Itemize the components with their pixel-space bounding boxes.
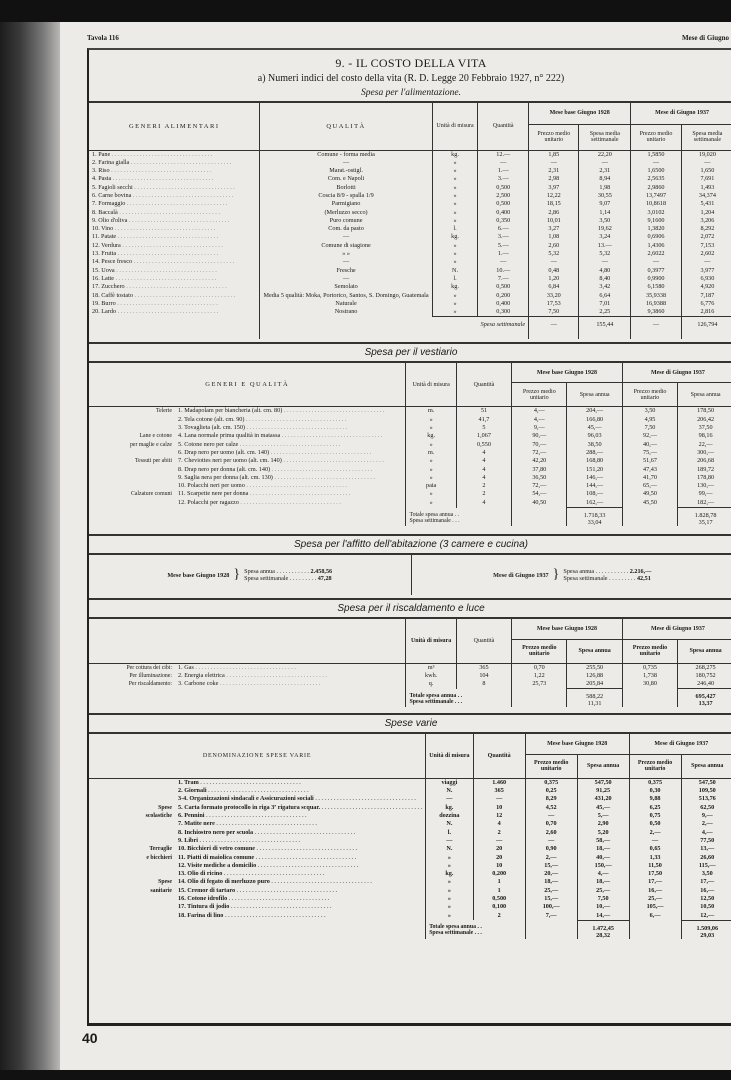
price-1928: 15,— — [525, 895, 577, 903]
item-quantity: 0,200 — [478, 292, 529, 300]
spend-1937: 1,493 — [681, 184, 731, 192]
item-quantity: 0,500 — [478, 200, 529, 208]
table-row: 12. Visite mediche a domicilio»1015,—150… — [89, 862, 731, 870]
item-unit: » — [432, 184, 478, 192]
spend-1928: 18,— — [577, 845, 629, 853]
col-base-1928: Mese base Giugno 1928 — [529, 102, 631, 124]
item-unit: kg. — [426, 804, 473, 812]
affitto-1937: Mese di Giugno 1937} Spesa annua . . . .… — [411, 555, 731, 595]
item-name: 7. Matite nere — [172, 820, 317, 827]
spend-1928: — — [579, 258, 631, 266]
spend-1928: 6,64 — [579, 292, 631, 300]
col-spesa-1928: Spesa annua — [577, 754, 629, 778]
section-title-vestiario: Spesa per il vestiario — [89, 342, 731, 363]
scan-bottom-edge — [0, 1070, 731, 1080]
total-labels: Totale spesa annua . .Spesa settimanale … — [406, 508, 512, 527]
table-row: 8. Inchiostro nero per scuolal.22,605,20… — [89, 829, 731, 837]
group-label: Spese — [92, 878, 172, 886]
col-prezzo-1928: Prezzo medio unitario — [525, 754, 577, 778]
price-1937: 0,3977 — [631, 267, 682, 275]
spend-1928: 7,01 — [579, 300, 631, 308]
item-name: 14. Pesce fresco — [89, 258, 260, 266]
spend-1928: 146,— — [567, 474, 622, 482]
item-name: 2. Giornali — [172, 787, 309, 794]
price-1937: 4,95 — [622, 416, 677, 424]
item-label: Per riscaldamento:3. Carbone coke — [89, 680, 406, 689]
price-1937: 11,50 — [629, 862, 681, 870]
spend-1928: 3,42 — [579, 283, 631, 291]
item-quantity: 51 — [456, 407, 511, 416]
item-quality: Fresche — [260, 267, 432, 275]
col-prezzo-1937: Prezzo medio unitario — [622, 639, 677, 663]
page-title: 9. - IL COSTO DELLA VITA — [89, 56, 731, 71]
spend-1937: 2,072 — [681, 233, 731, 241]
item-name: 17. Zucchero — [89, 283, 260, 291]
item-name: 11. Piatti di maiolica comune — [172, 854, 356, 861]
item-name: 13. Olio di ricino — [172, 870, 324, 877]
spend-1937: 246,40 — [678, 680, 731, 689]
item-unit: » — [426, 912, 473, 921]
item-quantity: 2,500 — [478, 192, 529, 200]
item-unit: » — [406, 466, 456, 474]
table-row: 6. Drap nero per uomo (alt. cm. 140)m.47… — [89, 449, 731, 457]
item-unit: » — [406, 424, 456, 432]
spend-1937: 77,50 — [681, 837, 731, 845]
page-number: 40 — [82, 1030, 98, 1046]
table-vestiario: GENERI E QUALITÀ Unità di misura Quantit… — [89, 363, 731, 526]
item-quantity: 2 — [456, 490, 511, 498]
page-subtitle: a) Numeri indici del costo della vita (R… — [89, 73, 731, 84]
price-1928: 0,25 — [525, 787, 577, 795]
item-unit: » — [432, 258, 478, 266]
item-name: 7. Formaggio — [89, 200, 260, 208]
table-frame: 9. - IL COSTO DELLA VITA a) Numeri indic… — [87, 48, 731, 1026]
spend-1928: 9,07 — [579, 200, 631, 208]
col-base-1928: Mese base Giugno 1928 — [525, 734, 629, 754]
spend-1937: 19,020 — [681, 150, 731, 159]
price-1937: 2,6022 — [631, 250, 682, 258]
item-quantity: — — [478, 159, 529, 167]
item-unit: viaggi — [426, 778, 473, 787]
price-1937: 0,65 — [629, 845, 681, 853]
price-1928: 17,53 — [529, 300, 579, 308]
spend-1937: 99,— — [678, 490, 731, 498]
spend-1928: 144,— — [567, 482, 622, 490]
spend-1928: 2,90 — [577, 820, 629, 828]
item-unit: » — [406, 499, 456, 508]
total-a28: 588,2211,31 — [567, 689, 622, 708]
spend-1937: 3,977 — [681, 267, 731, 275]
item-name: 6. Drap nero per uomo (alt. cm. 140) — [172, 449, 371, 456]
price-1937: 92,— — [622, 432, 677, 440]
total-labels: Totale spesa annua . .Spesa settimanale … — [426, 920, 526, 939]
table-row: 17. Tintura di jodio»0,100100,—10,—105,—… — [89, 903, 731, 911]
col-quantita: Quantità — [456, 619, 511, 663]
price-1928: 72,— — [512, 449, 567, 457]
item-unit: kg. — [426, 870, 473, 878]
item-quantity: 6.— — [478, 225, 529, 233]
item-label: 7. Matite nere — [89, 820, 426, 828]
table-row: 9. Saglia nera per donna (alt. cm. 130)»… — [89, 474, 731, 482]
price-1928: 15,— — [525, 862, 577, 870]
spend-1937: 1,650 — [681, 167, 731, 175]
spend-1937: 4,920 — [681, 283, 731, 291]
table-row: 2. GiornaliN.3650,2591,250,30109,50 — [89, 787, 731, 795]
item-unit: » — [426, 878, 473, 886]
group-label: Calzature comuni — [92, 490, 172, 498]
table-row: Per riscaldamento:3. Carbone cokeq.825,7… — [89, 680, 731, 689]
price-1928: 4,— — [512, 416, 567, 424]
item-quantity: 0,400 — [478, 209, 529, 217]
item-quantity: 1,067 — [456, 432, 511, 440]
price-1937: 1,738 — [622, 672, 677, 680]
price-1928: 10,01 — [529, 217, 579, 225]
col-spesa-1937: Spesa media settimanale — [681, 124, 731, 150]
item-label: e bicchieri11. Piatti di maiolica comune — [89, 854, 426, 862]
spend-1928: 40,— — [577, 854, 629, 862]
item-unit: m. — [406, 407, 456, 416]
item-quantity: 2 — [473, 912, 525, 921]
table-row: 16. Latte—l.7.—1,208,400,99006,930 — [89, 275, 731, 283]
price-1928: 5,32 — [529, 250, 579, 258]
spend-1937: 10,50 — [681, 903, 731, 911]
price-1937: 1,5850 — [631, 150, 682, 159]
item-unit: » — [432, 300, 478, 308]
spend-1928: 3,24 — [579, 233, 631, 241]
spend-1937: 16,— — [681, 887, 731, 895]
price-1937: 75,— — [622, 449, 677, 457]
item-quantity: 1 — [473, 878, 525, 886]
col-spesa-1928: Spesa annua — [567, 383, 622, 407]
item-quantity: 0,100 — [473, 903, 525, 911]
spend-1928: 150,— — [577, 862, 629, 870]
price-1937: 0,30 — [629, 787, 681, 795]
price-1928: 0,90 — [525, 845, 577, 853]
item-unit: — — [426, 795, 473, 803]
spend-1937: 178,80 — [678, 474, 731, 482]
table-row: 17. ZuccheroSemolatokg.0,5006,843,426,15… — [89, 283, 731, 291]
item-name: 3. Tovaglieta (alt. cm. 150) — [172, 424, 347, 431]
price-1937: 0,50 — [629, 820, 681, 828]
table-row: sanitarie15. Cremor di tartaro»125,—25,—… — [89, 887, 731, 895]
table-row: 2. Farina gialla—»————— — [89, 159, 731, 167]
price-1937: 65,— — [622, 482, 677, 490]
item-label: 16. Cotone idrofilo — [89, 895, 426, 903]
col-prezzo-1937: Prezzo medio unitario — [631, 124, 682, 150]
item-quantity: 1.— — [478, 250, 529, 258]
item-quantity: 0,500 — [478, 184, 529, 192]
spend-1937: 98,16 — [678, 432, 731, 440]
item-quality: Nostrano — [260, 308, 432, 317]
item-quantity: — — [473, 795, 525, 803]
section-title-alimentazione: Spesa per l'alimentazione. — [89, 88, 731, 98]
spend-1937: 8,292 — [681, 225, 731, 233]
item-unit: » — [406, 474, 456, 482]
item-quantity: 1.— — [478, 167, 529, 175]
section-title-varie: Spese varie — [89, 713, 731, 734]
spend-1928: 4,— — [577, 870, 629, 878]
col-prezzo-1937: Prezzo medio unitario — [629, 754, 681, 778]
price-1928: 37,80 — [512, 466, 567, 474]
col-prezzo-1928: Prezzo medio unitario — [512, 639, 567, 663]
item-unit: N. — [426, 845, 473, 853]
item-name: 18. Caffè tostato — [89, 292, 260, 300]
item-name: 5. Fagioli secchi — [89, 184, 260, 192]
price-1937: 1,3820 — [631, 225, 682, 233]
price-1937: 7,50 — [622, 424, 677, 432]
table-row: 19. BurroNaturale»0,40017,537,0116,93886… — [89, 300, 731, 308]
spend-1937: 4,— — [681, 829, 731, 837]
item-quantity: 20 — [473, 845, 525, 853]
group-label: e bicchieri — [92, 854, 172, 862]
price-1928: — — [529, 258, 579, 266]
item-unit: kg. — [432, 233, 478, 241]
price-1928: 20,— — [525, 870, 577, 878]
table-row: 9. Libri———58,——77,50 — [89, 837, 731, 845]
price-1937: 6,1580 — [631, 283, 682, 291]
price-1937: 51,67 — [622, 457, 677, 465]
table-row: 13. Frutta» »»1.—5,325,322,60222,602 — [89, 250, 731, 258]
price-1937: 17,— — [629, 878, 681, 886]
item-quality: » » — [260, 250, 432, 258]
item-unit: » — [426, 903, 473, 911]
spend-1937: 3,206 — [681, 217, 731, 225]
spend-1928: 5,20 — [577, 829, 629, 837]
item-unit: N. — [432, 267, 478, 275]
item-name: 3. Riso — [89, 167, 260, 175]
spend-1928: 2,25 — [579, 308, 631, 317]
item-name: 9. Libri — [172, 837, 300, 844]
item-label: 8. Drap nero per donna (alt. cm. 140) — [89, 466, 406, 474]
item-quantity: 10 — [473, 804, 525, 812]
price-1928: 42,20 — [512, 457, 567, 465]
col-spesa-1937: Spesa annua — [678, 383, 731, 407]
item-quality: Semolato — [260, 283, 432, 291]
spend-1937: 115,— — [681, 862, 731, 870]
table-row: 14. Pesce fresco—»————— — [89, 258, 731, 266]
item-quality: Comune - forma media — [260, 150, 432, 159]
item-name: 10. Vino — [89, 225, 260, 233]
table-riscaldamento: Unità di misura Quantità Mese base Giugn… — [89, 619, 731, 707]
item-name: 1. Madapolam per biancheria (alt. cm. 80… — [172, 407, 384, 414]
col-base-1928: Mese base Giugno 1928 — [512, 619, 623, 639]
item-name: 5. Carta formato protocollo in riga 3ª r… — [172, 804, 422, 811]
price-1928: 2,— — [525, 854, 577, 862]
total-a37: 1.509,0629,03 — [681, 920, 731, 939]
item-quantity: 0,550 — [456, 441, 511, 449]
col-curr-1937: Mese di Giugno 1937 — [622, 363, 731, 383]
spend-1928: 4,80 — [579, 267, 631, 275]
group-label: Per cottura dei cibi: — [92, 664, 172, 672]
item-name: 2. Farina gialla — [89, 159, 260, 167]
item-name: 8. Inchiostro nero per scuola — [172, 829, 355, 836]
price-1928: 90,— — [512, 432, 567, 440]
spend-1937: 7,153 — [681, 242, 731, 250]
item-name: 12. Polacchi per ragazzo — [172, 499, 341, 506]
spend-1937: 2,— — [681, 820, 731, 828]
item-quantity: 4 — [473, 820, 525, 828]
col-curr-1937: Mese di Giugno 1937 — [629, 734, 731, 754]
spend-1928: 547,50 — [577, 778, 629, 787]
item-unit: » — [432, 167, 478, 175]
item-unit: » — [406, 416, 456, 424]
spend-1928: 58,— — [577, 837, 629, 845]
col-qualita: QUALITÀ — [260, 102, 432, 150]
item-name: 1. Tram — [172, 779, 301, 786]
spend-1928: 13.— — [579, 242, 631, 250]
price-1937: 6,— — [629, 912, 681, 921]
item-quantity: 0,400 — [478, 300, 529, 308]
price-1937: 2,— — [629, 829, 681, 837]
item-quantity: 10 — [473, 862, 525, 870]
spend-1937: 13,— — [681, 845, 731, 853]
page-header: 9. - IL COSTO DELLA VITA a) Numeri indic… — [89, 56, 731, 98]
col-generi-qualita: GENERI E QUALITÀ — [89, 363, 406, 407]
item-label: 12. Polacchi per ragazzo — [89, 499, 406, 508]
price-1937: 16,— — [629, 887, 681, 895]
table-row: 16. Cotone idrofilo»0,50015,—7,5025,—12,… — [89, 895, 731, 903]
item-label: 2. Giornali — [89, 787, 426, 795]
spend-1928: 151,20 — [567, 466, 622, 474]
item-unit: » — [426, 895, 473, 903]
item-quantity: 12 — [473, 812, 525, 820]
item-label: 13. Olio di ricino — [89, 870, 426, 878]
spend-1937: 5,431 — [681, 200, 731, 208]
item-quality: Com. e Napoli — [260, 175, 432, 183]
item-unit: » — [406, 441, 456, 449]
item-label: Per illuminazione:2. Energia elettrica — [89, 672, 406, 680]
item-label: sanitarie15. Cremor di tartaro — [89, 887, 426, 895]
spend-1928: 431,20 — [577, 795, 629, 803]
item-unit: l. — [432, 225, 478, 233]
table-row: e bicchieri11. Piatti di maiolica comune… — [89, 854, 731, 862]
table-row: scolastiche6. Penninidozzina12—5,—0,759,… — [89, 812, 731, 820]
item-quality: Naturale — [260, 300, 432, 308]
total-a28: 1.472,4528,32 — [577, 920, 629, 939]
running-head-left: Tavola 116 — [87, 34, 119, 42]
item-quantity: 3.— — [478, 233, 529, 241]
item-quantity: 4 — [456, 466, 511, 474]
item-name: 5. Cotone nero per calze — [172, 441, 340, 448]
table-row: 2. Tela cotone (alt. cm. 90)»41,74,—166,… — [89, 416, 731, 424]
spend-1937: 268,275 — [678, 663, 731, 672]
spend-1928: 25,— — [577, 887, 629, 895]
item-quantity: 104 — [456, 672, 511, 680]
spend-1937: 7,187 — [681, 292, 731, 300]
spend-1928: 8,40 — [579, 275, 631, 283]
col-quantita: Quantità — [456, 363, 511, 407]
table-row: 13. Olio di ricinokg.0,20020,—4,—17,503,… — [89, 870, 731, 878]
table-varie: DENOMINAZIONE SPESE VARIE Unità di misur… — [89, 734, 731, 939]
spend-1928: 22,20 — [579, 150, 631, 159]
col-base-1928: Mese base Giugno 1928 — [512, 363, 623, 383]
spend-1928: 1,14 — [579, 209, 631, 217]
item-unit: » — [432, 242, 478, 250]
total-a37: 695,42713,37 — [678, 689, 731, 708]
item-label: Telerie1. Madapolam per biancheria (alt.… — [89, 407, 406, 416]
price-1937: 30,80 — [622, 680, 677, 689]
price-1937: 40,— — [622, 441, 677, 449]
spend-1928: 91,25 — [577, 787, 629, 795]
table-row: Spese14. Olio di fegato di merluzzo puro… — [89, 878, 731, 886]
group-label: Tessuti per abiti — [92, 457, 172, 465]
item-quantity: 10.— — [478, 267, 529, 275]
item-name: 3. Carbone coke — [172, 680, 320, 687]
table-row: 8. Baccalà(Merluzzo secco)»0,4002,861,14… — [89, 209, 731, 217]
table-row: 10. Polacchi neri per uomopaia272,—144,—… — [89, 482, 731, 490]
item-quantity: 4 — [456, 457, 511, 465]
price-1928: 1,20 — [529, 275, 579, 283]
table-row: 1. PaneComune - forma mediakg.12.—1,8522… — [89, 150, 731, 159]
price-1928: 1,22 — [512, 672, 567, 680]
item-quantity: 4 — [456, 449, 511, 457]
table-row: per maglie e calze5. Cotone nero per cal… — [89, 441, 731, 449]
spend-1937: 1,204 — [681, 209, 731, 217]
spend-1928: 10,— — [577, 903, 629, 911]
col-prezzo-1937: Prezzo medio unitario — [622, 383, 677, 407]
item-quality: Com. da pasto — [260, 225, 432, 233]
item-unit: » — [426, 854, 473, 862]
spend-1937: 6,930 — [681, 275, 731, 283]
table-row: 6. Carne bovinaCoscia 8/9 - spalla 1/9»2… — [89, 192, 731, 200]
group-label: sanitarie — [92, 887, 172, 895]
price-1928: 0,48 — [529, 267, 579, 275]
col-quantita: Quantità — [473, 734, 525, 778]
item-quantity: 4 — [456, 499, 511, 508]
table-row: 5. Fagioli secchiBorlotti»0,5003,971,982… — [89, 184, 731, 192]
spend-1937: 547,50 — [681, 778, 731, 787]
col-curr-1937: Mese di Giugno 1937 — [631, 102, 731, 124]
item-unit: » — [426, 862, 473, 870]
price-1928: 2,98 — [529, 175, 579, 183]
spend-1928: 288,— — [567, 449, 622, 457]
item-label: 3-4. Organizzazioni sindacali e Assicura… — [89, 795, 426, 803]
spend-1937: 189,72 — [678, 466, 731, 474]
spend-1937: 12,50 — [681, 895, 731, 903]
item-quality: Parmigiano — [260, 200, 432, 208]
table-row: 3-4. Organizzazioni sindacali e Assicura… — [89, 795, 731, 803]
item-name: 16. Cotone idrofilo — [172, 895, 329, 902]
price-1928: 18,15 — [529, 200, 579, 208]
running-head-right: Mese di Giugno — [682, 34, 729, 42]
item-quality: — — [260, 233, 432, 241]
affitto-block: Mese base Giugno 1928} Spesa annua . . .… — [89, 555, 731, 595]
spend-1937: — — [681, 258, 731, 266]
spend-1928: 5,— — [577, 812, 629, 820]
item-label: Lane e cotone4. Lana normale prima quali… — [89, 432, 406, 440]
price-1928: — — [525, 837, 577, 845]
table-row: 1. Tramviaggi1.4600,375547,500,375547,50 — [89, 778, 731, 787]
item-label: 6. Drap nero per uomo (alt. cm. 140) — [89, 449, 406, 457]
item-quality: — — [260, 159, 432, 167]
price-1937: 0,75 — [629, 812, 681, 820]
spend-1937: 182,— — [678, 499, 731, 508]
item-label: 9. Saglia nera per donna (alt. cm. 130) — [89, 474, 406, 482]
price-1937: 0,375 — [629, 778, 681, 787]
item-unit: » — [432, 209, 478, 217]
spend-1937: 34,374 — [681, 192, 731, 200]
item-label: Tessuti per abiti7. Cheviottes neri per … — [89, 457, 406, 465]
item-unit: » — [432, 175, 478, 183]
item-name: 1. Pane — [89, 150, 260, 159]
table-row: 18. Caffè tostatoMedia 5 qualità: Moka, … — [89, 292, 731, 300]
price-1937: 10,8618 — [631, 200, 682, 208]
spend-1928: 108,— — [567, 490, 622, 498]
table-row: 20. LardoNostrano»0,3007,502,259,38602,8… — [89, 308, 731, 317]
spend-1928: 255,50 — [567, 663, 622, 672]
spend-1937: 3,50 — [681, 870, 731, 878]
item-label: Spese14. Olio di fegato di merluzzo puro — [89, 878, 426, 886]
